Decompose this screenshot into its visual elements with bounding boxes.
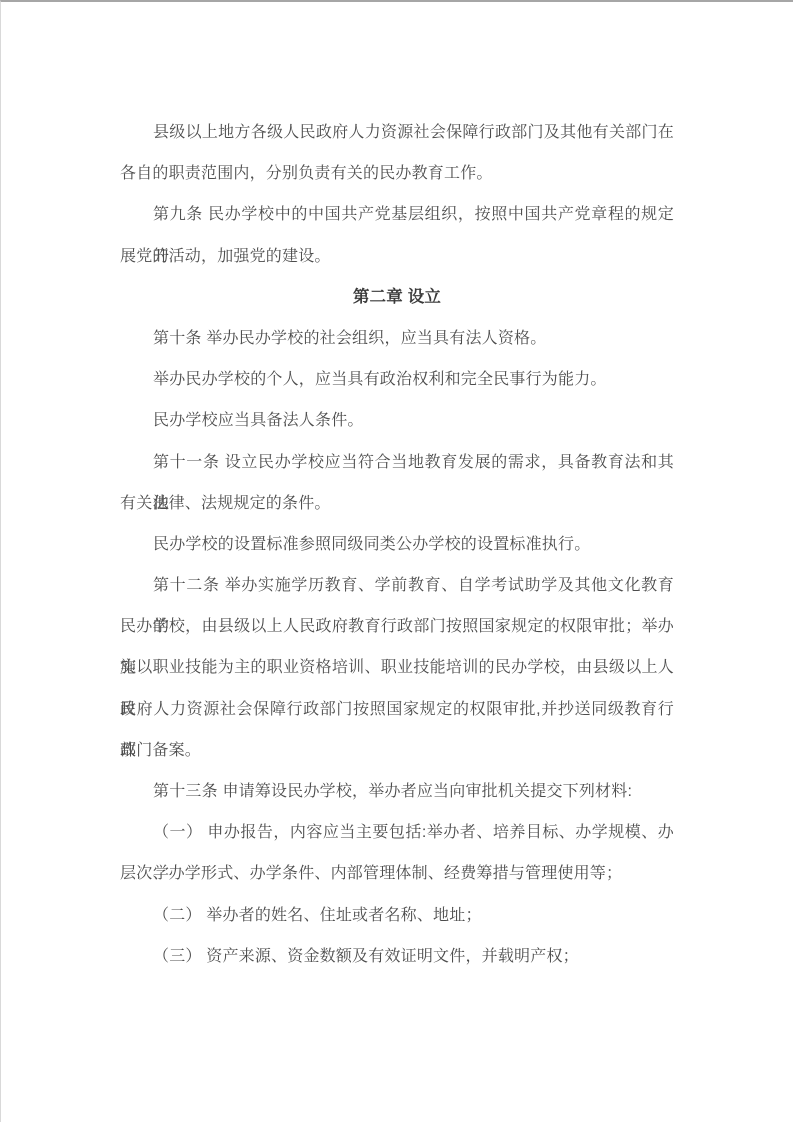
text-line: 有关法律、法规规定的条件。 [120,483,674,524]
text-line: 施以职业技能为主的职业资格培训、职业技能培训的民办学校，由县级以上人民 [120,647,674,688]
document-body: 县级以上地方各级人民政府人力资源社会保障行政部门及其他有关部门在 各自的职责范围… [120,112,674,977]
text-line: 第十条 举办民办学校的社会组织，应当具有法人资格。 [120,318,674,359]
text-line: 部门备案。 [120,730,674,771]
document-page: 县级以上地方各级人民政府人力资源社会保障行政部门及其他有关部门在 各自的职责范围… [0,0,793,1122]
text-line: 政府人力资源社会保障行政部门按照国家规定的权限审批,并抄送同级教育行政 [120,689,674,730]
text-line: 展党的活动，加强党的建设。 [120,236,674,277]
chapter-heading: 第二章 设立 [120,277,674,318]
text-line: 民办学校的设置标准参照同级同类公办学校的设置标准执行。 [120,524,674,565]
text-line: 民办学校应当具备法人条件。 [120,400,674,441]
text-line: （三） 资产来源、资金数额及有效证明文件，并载明产权； [120,936,674,977]
text-line: 第十一条 设立民办学校应当符合当地教育发展的需求，具备教育法和其他 [120,442,674,483]
text-line: 民办学校，由县级以上人民政府教育行政部门按照国家规定的权限审批；举办实 [120,606,674,647]
text-line: 举办民办学校的个人，应当具有政治权利和完全民事行为能力。 [120,359,674,400]
text-line: 各自的职责范围内，分别负责有关的民办教育工作。 [120,153,674,194]
text-line: 县级以上地方各级人民政府人力资源社会保障行政部门及其他有关部门在 [120,112,674,153]
text-line: 第十二条 举办实施学历教育、学前教育、自学考试助学及其他文化教育的 [120,565,674,606]
text-line: 层次、办学形式、办学条件、内部管理体制、经费筹措与管理使用等； [120,853,674,894]
text-line: 第九条 民办学校中的中国共产党基层组织，按照中国共产党章程的规定开 [120,194,674,235]
text-line: 第十三条 申请筹设民办学校，举办者应当向审批机关提交下列材料: [120,771,674,812]
text-line: （二） 举办者的姓名、住址或者名称、地址； [120,895,674,936]
text-line: （一） 申办报告，内容应当主要包括:举办者、培养目标、办学规模、办学 [120,812,674,853]
